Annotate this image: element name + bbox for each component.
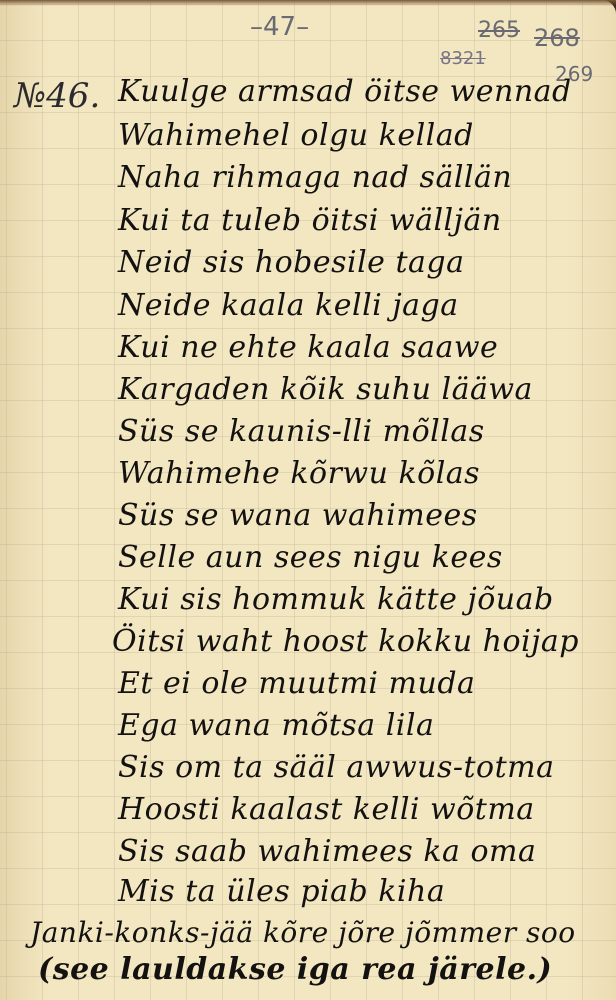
- verse-line: Wahimehel olgu kellad: [118, 118, 474, 153]
- verse-line: Neide kaala kelli jaga: [118, 288, 459, 323]
- manuscript-page: –47– 265 268 8321 269 №46. Kuulge armsad…: [0, 0, 616, 1000]
- archive-ref-struck-old: 8321: [440, 48, 486, 69]
- verse-line: Ega wana mõtsa lila: [118, 708, 434, 743]
- verse-line: Sis saab wahimees ka oma: [118, 834, 536, 869]
- archive-ref-current: 268: [534, 24, 580, 52]
- page-top-edge: [0, 0, 616, 6]
- verse-line: Süs se wana wahimees: [118, 498, 478, 533]
- verse-line: Selle aun sees nigu kees: [118, 540, 503, 575]
- verse-line: Mis ta üles piab kiha: [118, 874, 445, 909]
- verse-line: Kui sis hommuk kätte jõuab: [118, 582, 554, 617]
- refrain-line: Janki-konks-jää kõre jõre jõmmer soo: [30, 916, 576, 949]
- verse-line: Neid sis hobesile taga: [118, 245, 465, 280]
- verse-line: Et ei ole muutmi muda: [118, 666, 475, 701]
- verse-line: Kui ne ehte kaala saawe: [118, 330, 498, 365]
- verse-line: Kuulge armsad öitse wennad: [118, 74, 572, 109]
- verse-line: Sis om ta sääl awwus-totma: [118, 750, 555, 785]
- verse-line: Kui ta tuleb öitsi wälljän: [118, 203, 502, 238]
- verse-line: Naha rihmaga nad sällän: [118, 160, 512, 195]
- verse-line: Hoosti kaalast kelli wõtma: [118, 792, 535, 827]
- verse-line: Wahimehe kõrwu kõlas: [118, 456, 480, 491]
- verse-line: Kargaden kõik suhu lääwa: [118, 372, 533, 407]
- page-number: –47–: [250, 12, 309, 42]
- verse-line: Süs se kaunis-lli mõllas: [118, 414, 485, 449]
- archive-ref-struck: 265: [478, 18, 520, 43]
- performance-note: (see lauldakse iga rea järele.): [38, 952, 552, 987]
- entry-number: №46.: [14, 76, 100, 116]
- verse-line: Öitsi waht hoost kokku hoijap: [112, 624, 579, 659]
